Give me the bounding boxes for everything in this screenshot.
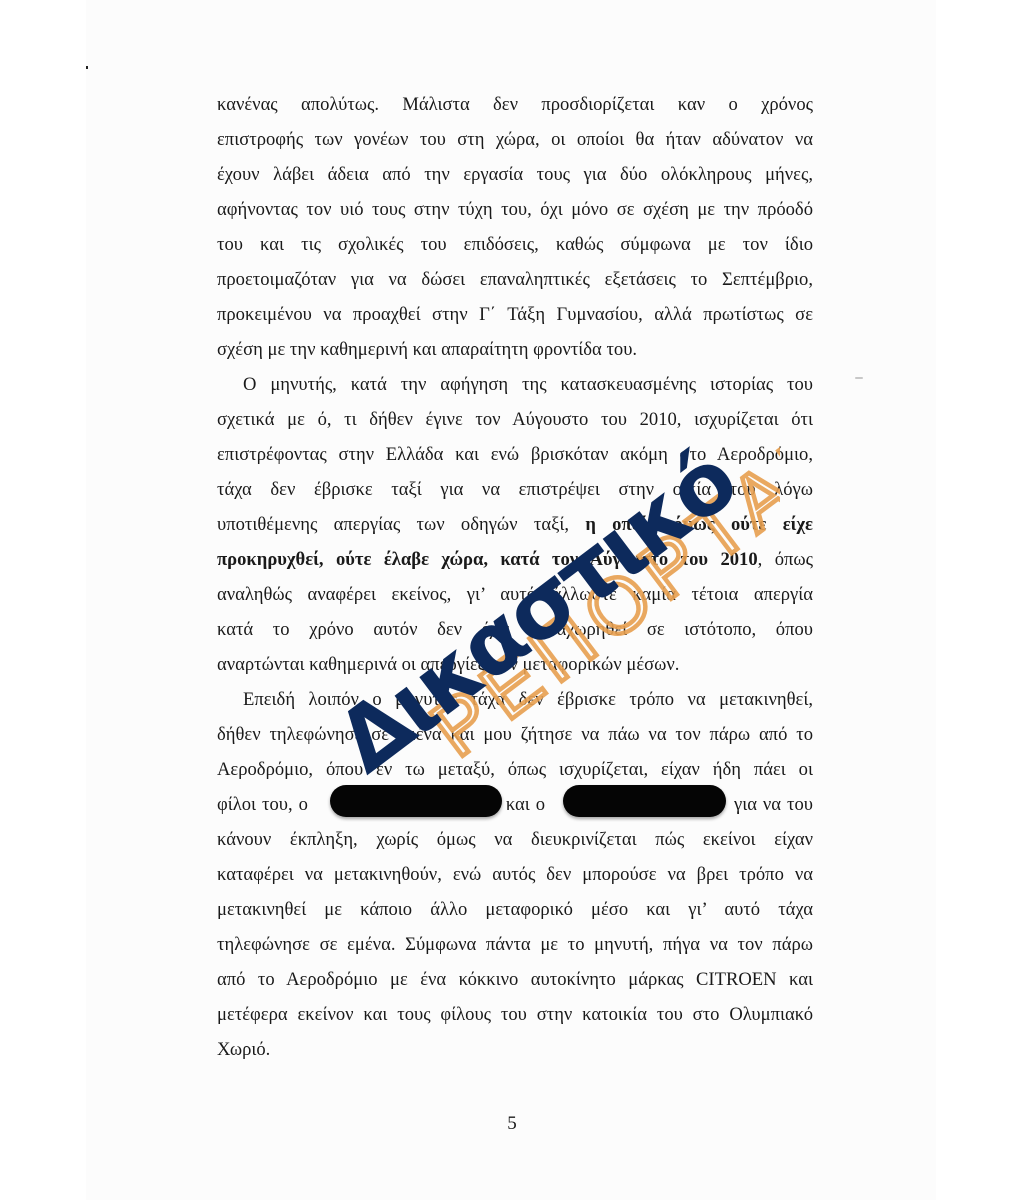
text-line: δήθεν τηλεφώνησε σε εμένα και μου ζήτησε…	[217, 723, 813, 747]
text-line: σχετικά με ό, τι δήθεν έγινε τον Αύγουστ…	[217, 408, 813, 432]
text-span: προκειμένου να προαχθεί στην Γ΄ Τάξη Γυμ…	[217, 304, 813, 325]
redaction-bar	[330, 785, 502, 817]
text-line: επιστρέφοντας στην Ελλάδα και ενώ βρισκό…	[217, 443, 813, 467]
text-span: σχετικά με ό, τι δήθεν έγινε τον Αύγουστ…	[217, 409, 813, 430]
text-line: σχέση με την καθημερινή και απαραίτητη φ…	[217, 338, 813, 362]
text-line: προκειμένου να προαχθεί στην Γ΄ Τάξη Γυμ…	[217, 303, 813, 327]
text-span: δήθεν τηλεφώνησε σε εμένα και μου ζήτησε…	[217, 724, 813, 745]
scan-speck	[855, 377, 863, 379]
text-line: έχουν λάβει άδεια από την εργασία τους γ…	[217, 163, 813, 187]
text-span: επιστροφής των γονέων του στη χώρα, οι ο…	[217, 129, 813, 150]
text-line: Επειδή λοιπόν ο μηνυτής τάχα δεν έβρισκε…	[243, 688, 813, 712]
text-span: αναρτώνται καθημερινά οι απεργίες των με…	[217, 654, 679, 675]
text-span: σχέση με την καθημερινή και απαραίτητη φ…	[217, 339, 637, 360]
text-line: μετέφερα εκείνον και τους φίλους του στη…	[217, 1003, 813, 1027]
text-line: προετοιμαζόταν για να δώσει επαναληπτικέ…	[217, 268, 813, 292]
text-span: κανένας απολύτως. Μάλιστα δεν προσδιορίζ…	[217, 94, 813, 115]
text-line: αναρτώνται καθημερινά οι απεργίες των με…	[217, 653, 813, 677]
text-line: κάνουν έκπληξη, χωρίς όμως να διευκρινίζ…	[217, 828, 813, 852]
text-line: κανένας απολύτως. Μάλιστα δεν προσδιορίζ…	[217, 93, 813, 117]
text-span: αναληθώς αναφέρει εκείνος, γι’ αυτό άλλω…	[217, 584, 813, 605]
text-span: καταφέρει να μετακινηθούν, ενώ αυτός δεν…	[217, 864, 813, 885]
text-line: του και τις σχολικές του επιδόσεις, καθώ…	[217, 233, 813, 257]
text-span: προετοιμαζόταν για να δώσει επαναληπτικέ…	[217, 269, 813, 290]
text-line: τάχα δεν έβρισκε ταξί για να επιστρέψει …	[217, 478, 813, 502]
text-span: από το Αεροδρόμιο με ένα κόκκινο αυτοκίν…	[217, 969, 813, 990]
text-line: Ο μηνυτής, κατά την αφήγηση της κατασκευ…	[243, 373, 813, 397]
page-number: 5	[0, 1113, 1024, 1135]
text-line: αναληθώς αναφέρει εκείνος, γι’ αυτό άλλω…	[217, 583, 813, 607]
text-span: φίλοι του, ο	[217, 794, 308, 815]
text-span: για να του	[734, 794, 813, 815]
text-span: έχουν λάβει άδεια από την εργασία τους γ…	[217, 164, 813, 185]
text-span: , όπως	[758, 549, 813, 570]
text-span: Χωριό.	[217, 1039, 270, 1060]
text-span: του και τις σχολικές του επιδόσεις, καθώ…	[217, 234, 813, 255]
text-line: καταφέρει να μετακινηθούν, ενώ αυτός δεν…	[217, 863, 813, 887]
text-span: Αεροδρόμιο, όπου εν τω μεταξύ, όπως ισχυ…	[217, 759, 813, 780]
redaction-bar	[563, 785, 726, 817]
text-line: υποτιθέμενης απεργίας των οδηγών ταξί, η…	[217, 513, 813, 537]
text-span: κάνουν έκπληξη, χωρίς όμως να διευκρινίζ…	[217, 829, 813, 850]
text-line: κατά το χρόνο αυτόν δεν έχει καταχωρηθεί…	[217, 618, 813, 642]
text-span: μετέφερα εκείνον και τους φίλους του στη…	[217, 1004, 813, 1025]
text-line: Χωριό.	[217, 1038, 813, 1062]
text-line: προκηρυχθεί, ούτε έλαβε χώρα, κατά τον Α…	[217, 548, 813, 572]
text-line: επιστροφής των γονέων του στη χώρα, οι ο…	[217, 128, 813, 152]
text-line: από το Αεροδρόμιο με ένα κόκκινο αυτοκίν…	[217, 968, 813, 992]
text-line: μετακινηθεί με κάποιο άλλο μεταφορικό μέ…	[217, 898, 813, 922]
text-line: Αεροδρόμιο, όπου εν τω μεταξύ, όπως ισχυ…	[217, 758, 813, 782]
text-span: Επειδή λοιπόν ο μηνυτής τάχα δεν έβρισκε…	[243, 689, 813, 710]
scan-speck	[86, 66, 88, 69]
text-span: κατά το χρόνο αυτόν δεν έχει καταχωρηθεί…	[217, 619, 813, 640]
text-span: μετακινηθεί με κάποιο άλλο μεταφορικό μέ…	[217, 899, 813, 920]
text-span: υποτιθέμενης απεργίας των οδηγών ταξί,	[217, 514, 585, 535]
text-span: επιστρέφοντας στην Ελλάδα και ενώ βρισκό…	[217, 444, 813, 465]
text-span: τηλεφώνησε σε εμένα. Σύμφωνα πάντα με το…	[217, 934, 813, 955]
bold-text: προκηρυχθεί, ούτε έλαβε χώρα, κατά τον Α…	[217, 549, 758, 570]
bold-text: η οποία όμως ούτε είχε	[585, 514, 813, 535]
text-span: τάχα δεν έβρισκε ταξί για να επιστρέψει …	[217, 479, 813, 500]
text-line: τηλεφώνησε σε εμένα. Σύμφωνα πάντα με το…	[217, 933, 813, 957]
text-line: αφήνοντας τον υιό τους στην τύχη του, όχ…	[217, 198, 813, 222]
text-span: και ο	[506, 794, 545, 815]
text-span: αφήνοντας τον υιό τους στην τύχη του, όχ…	[217, 199, 813, 220]
text-span: Ο μηνυτής, κατά την αφήγηση της κατασκευ…	[243, 374, 813, 395]
